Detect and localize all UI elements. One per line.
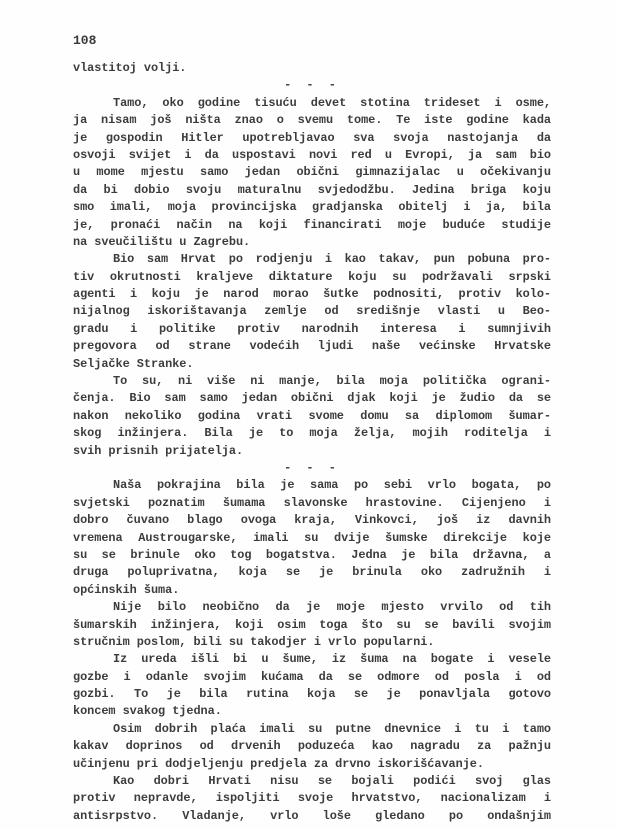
paragraph: Naša pokrajina bila je sama po sebi vrlo…: [73, 477, 551, 599]
text-line: vremena Austrougarske, imali su dvije šu…: [73, 530, 551, 547]
text-line: osvoji svijet i da uspostavi novi red u …: [73, 147, 551, 164]
text-line: na sveučilištu u Zagrebu.: [73, 234, 551, 251]
text-line: protiv nepravde, ispoljiti svoje hrvatst…: [73, 790, 551, 807]
text-line: su se brinule oko tog bogatstva. Jedna j…: [73, 547, 551, 564]
text-line: šumarskih inžinjera, koji osim toga što …: [73, 617, 551, 634]
text-line: skog inžinjera. Bila je to moja želja, m…: [73, 425, 551, 442]
page-body-text: vlastitoj volji.- - -Tamo, oko godine ti…: [73, 60, 551, 825]
paragraph: Osim dobrih plaća imali su putne dnevnic…: [73, 721, 551, 773]
text-line: učinjenu pri dodjeljenju predjela za drv…: [73, 756, 551, 773]
text-line: To su, ni više ni manje, bila moja polit…: [73, 373, 551, 390]
text-line: nijalnog iskorištavanja zemlje od središ…: [73, 303, 551, 320]
text-line: antisrpstvo. Vladanje, vrlo loše gledano…: [73, 808, 551, 825]
text-line: Bio sam Hrvat po rodjenju i kao takav, p…: [73, 251, 551, 268]
text-line: Iz ureda išli bi u šume, iz šuma na boga…: [73, 651, 551, 668]
text-line: koncem svakog tjedna.: [73, 703, 551, 720]
text-line: u mome mjestu samo jedan obični gimnazij…: [73, 164, 551, 181]
text-line: Seljačke Stranke.: [73, 356, 551, 373]
section-separator: - - -: [73, 77, 551, 94]
text-line: nakon nekoliko godina vrati svome domu s…: [73, 408, 551, 425]
text-line: dobro čuvano blago ovoga kraja, Vinkovci…: [73, 512, 551, 529]
text-line: tiv okrutnosti kraljeve diktature koju s…: [73, 269, 551, 286]
page-number: 108: [73, 33, 96, 48]
text-line: je, pronaći način na koji financirati mo…: [73, 217, 551, 234]
text-line: svih prisnih prijatelja.: [73, 443, 551, 460]
text-line: čenja. Bio sam samo jedan obični djak ko…: [73, 390, 551, 407]
text-line: ja nisam još ništa znao o svemu tome. Te…: [73, 112, 551, 129]
section-separator: - - -: [73, 460, 551, 477]
paragraph: Bio sam Hrvat po rodjenju i kao takav, p…: [73, 251, 551, 373]
text-line: kakav doprinos od drvenih poduzeća kao n…: [73, 738, 551, 755]
text-line: Kao dobri Hrvati nisu se bojali podići s…: [73, 773, 551, 790]
text-line: je gospodin Hitler upotrebljavao sva svo…: [73, 130, 551, 147]
text-line: Naša pokrajina bila je sama po sebi vrlo…: [73, 477, 551, 494]
text-line: pregovora od strane vodećih ljudi naše v…: [73, 338, 551, 355]
text-line: Nije bilo neobično da je moje mjesto vrv…: [73, 599, 551, 616]
text-line: da bi dobio svoju maturalnu svjedodžbu. …: [73, 182, 551, 199]
text-line: svjetski poznatim šumama slavonske hrast…: [73, 495, 551, 512]
text-line: smo imali, moja provincijska gradjanska …: [73, 199, 551, 216]
text-line: Tamo, oko godine tisuću devet stotina tr…: [73, 95, 551, 112]
paragraph: Tamo, oko godine tisuću devet stotina tr…: [73, 95, 551, 252]
text-line: gradu i politike protiv narodnih interes…: [73, 321, 551, 338]
text-line: vlastitoj volji.: [73, 60, 551, 77]
paragraph: Kao dobri Hrvati nisu se bojali podići s…: [73, 773, 551, 825]
paragraph: Nije bilo neobično da je moje mjesto vrv…: [73, 599, 551, 651]
text-line: gozbi. To je bila rutina koja se je pona…: [73, 686, 551, 703]
text-line: agenti i koju je narod morao šutke podno…: [73, 286, 551, 303]
text-line: stručnim poslom, bili su takodjer i vrlo…: [73, 634, 551, 651]
text-line: Osim dobrih plaća imali su putne dnevnic…: [73, 721, 551, 738]
text-line: gozbe i odanle svojim kućama da se odmor…: [73, 669, 551, 686]
scanned-book-page: 108 vlastitoj volji.- - -Tamo, oko godin…: [0, 0, 618, 829]
paragraph: Iz ureda išli bi u šume, iz šuma na boga…: [73, 651, 551, 721]
text-line: općinskih šuma.: [73, 582, 551, 599]
paragraph: vlastitoj volji.: [73, 60, 551, 77]
text-line: druga poluprivatna, koja se je brinula o…: [73, 564, 551, 581]
paragraph: To su, ni više ni manje, bila moja polit…: [73, 373, 551, 460]
